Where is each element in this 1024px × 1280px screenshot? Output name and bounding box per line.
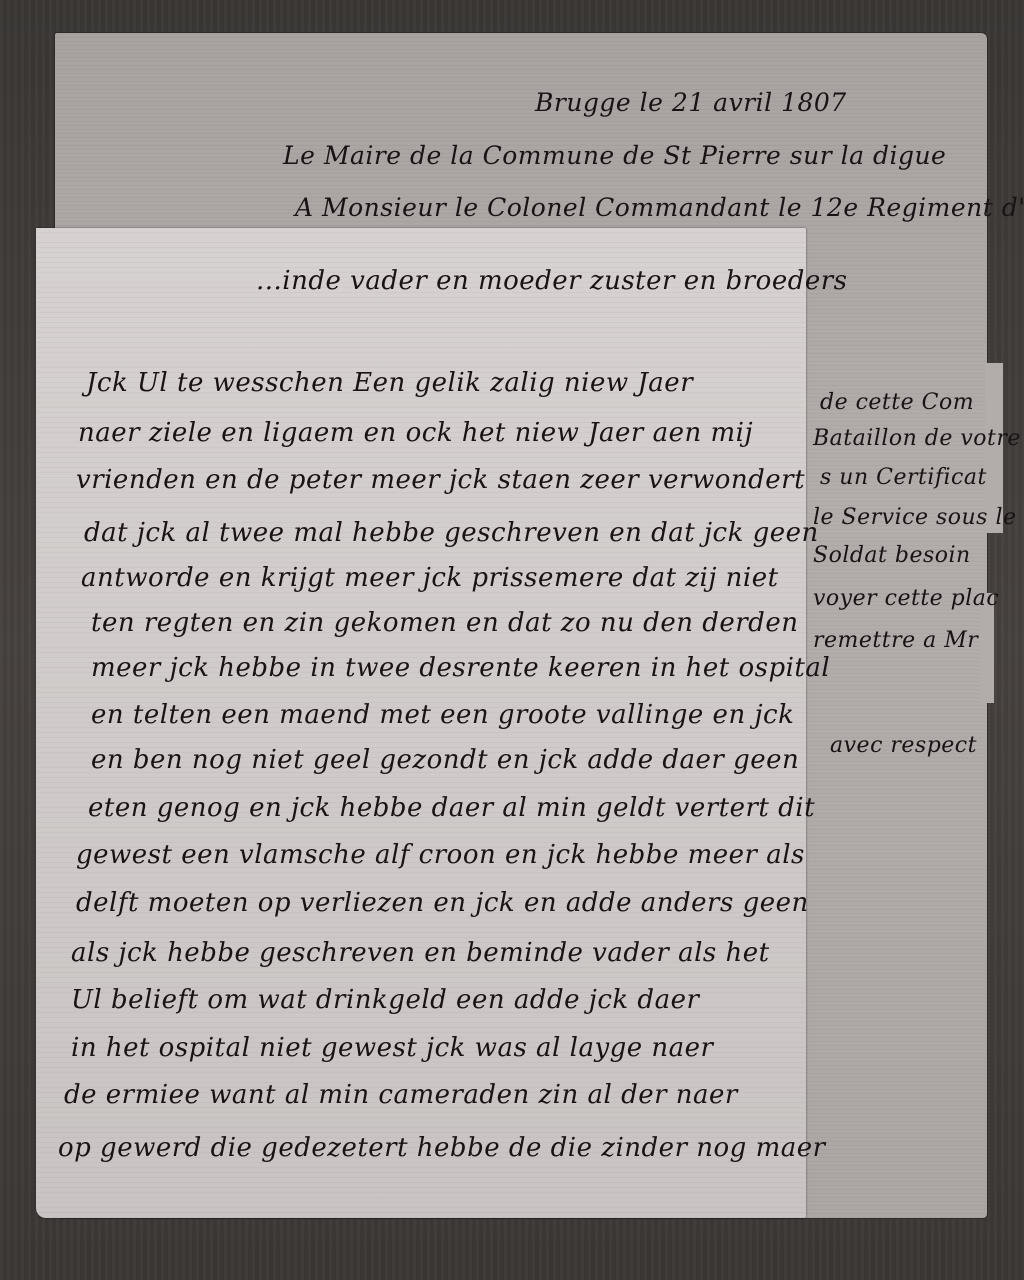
letter-line: antworde en krijgt meer jck prissemere d… (81, 563, 779, 593)
letter-line: vrienden en de peter meer jck staen zeer… (76, 465, 805, 495)
front-sheet: ...inde vader en moeder zuster en broede… (36, 228, 806, 1218)
place-date: Brugge le 21 avril 1807 (535, 88, 847, 117)
letter-line: meer jck hebbe in twee desrente keeren i… (91, 653, 830, 683)
letter-line: Ul belieft om wat drinkgeld een adde jck… (71, 985, 699, 1015)
margin-line: Bataillon de votre (813, 426, 1021, 451)
margin-line: de cette Com (820, 390, 974, 415)
margin-line: voyer cette plac (813, 586, 999, 611)
header-line-2: A Monsieur le Colonel Commandant le 12e … (295, 193, 1024, 222)
letter-line: naer ziele en ligaem en ock het niew Jae… (78, 418, 753, 448)
letter-line: gewest een vlamsche alf croon en jck heb… (76, 840, 805, 870)
margin-line: le Service sous le (813, 505, 1017, 530)
letter-line: op gewerd die gedezetert hebbe de die zi… (58, 1133, 826, 1163)
letter-line: in het ospital niet gewest jck was al la… (71, 1033, 714, 1063)
letter-line: Jck Ul te wesschen Een gelik zalig niew … (86, 368, 693, 398)
margin-line: remettre a Mr (813, 628, 978, 653)
letter-line: eten genog en jck hebbe daer al min geld… (88, 793, 815, 823)
letter-line: en ben nog niet geel gezondt en jck adde… (91, 745, 799, 775)
letter-line: dat jck al twee mal hebbe geschreven en … (84, 518, 819, 548)
salutation: ...inde vader en moeder zuster en broede… (256, 266, 848, 296)
header-line-1: Le Maire de la Commune de St Pierre sur … (283, 141, 946, 170)
letter-line: als jck hebbe geschreven en beminde vade… (71, 938, 770, 968)
letter-line: ten regten en zin gekomen en dat zo nu d… (91, 608, 798, 638)
letter-line: de ermiee want al min cameraden zin al d… (64, 1080, 738, 1110)
letter-line: delft moeten op verliezen en jck en adde… (76, 888, 809, 918)
closing-fragment: avec respect (830, 733, 977, 758)
margin-line: s un Certificat (820, 465, 987, 490)
margin-line: Soldat besoin (813, 543, 971, 568)
letter-line: en telten een maend met een groote valli… (91, 700, 794, 730)
